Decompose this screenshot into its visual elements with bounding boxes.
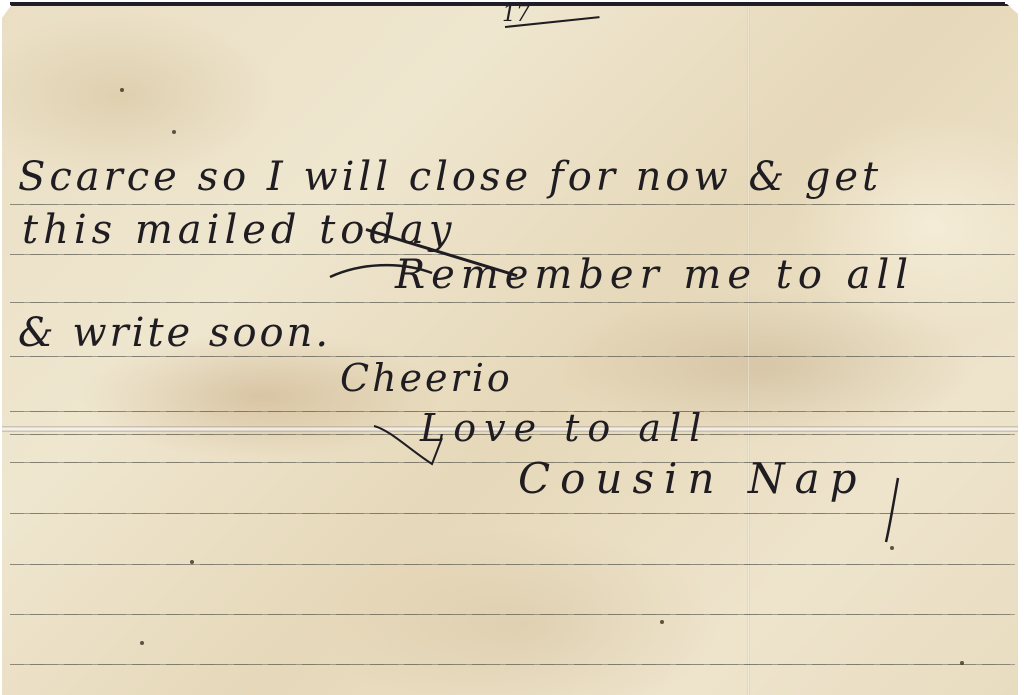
- ruled-line: [10, 513, 1015, 514]
- closing-cheerio: Cheerio: [340, 356, 513, 400]
- signature: Cousin Nap: [518, 454, 867, 503]
- ruled-line: [10, 204, 1015, 205]
- ruled-line: [10, 564, 1015, 565]
- closing-love-to-all: Love to all: [420, 406, 709, 450]
- letter-line-4: & write soon.: [18, 310, 331, 356]
- vertical-fold-crease: [747, 6, 750, 695]
- letter-line-2: this mailed today: [22, 207, 456, 253]
- ruled-line: [10, 302, 1015, 303]
- letter-line-3: Remember me to all: [395, 252, 914, 298]
- letter-line-1: Scarce so I will close for now & get: [18, 154, 882, 200]
- ruled-line: [10, 664, 1015, 665]
- ruled-line: [10, 614, 1015, 615]
